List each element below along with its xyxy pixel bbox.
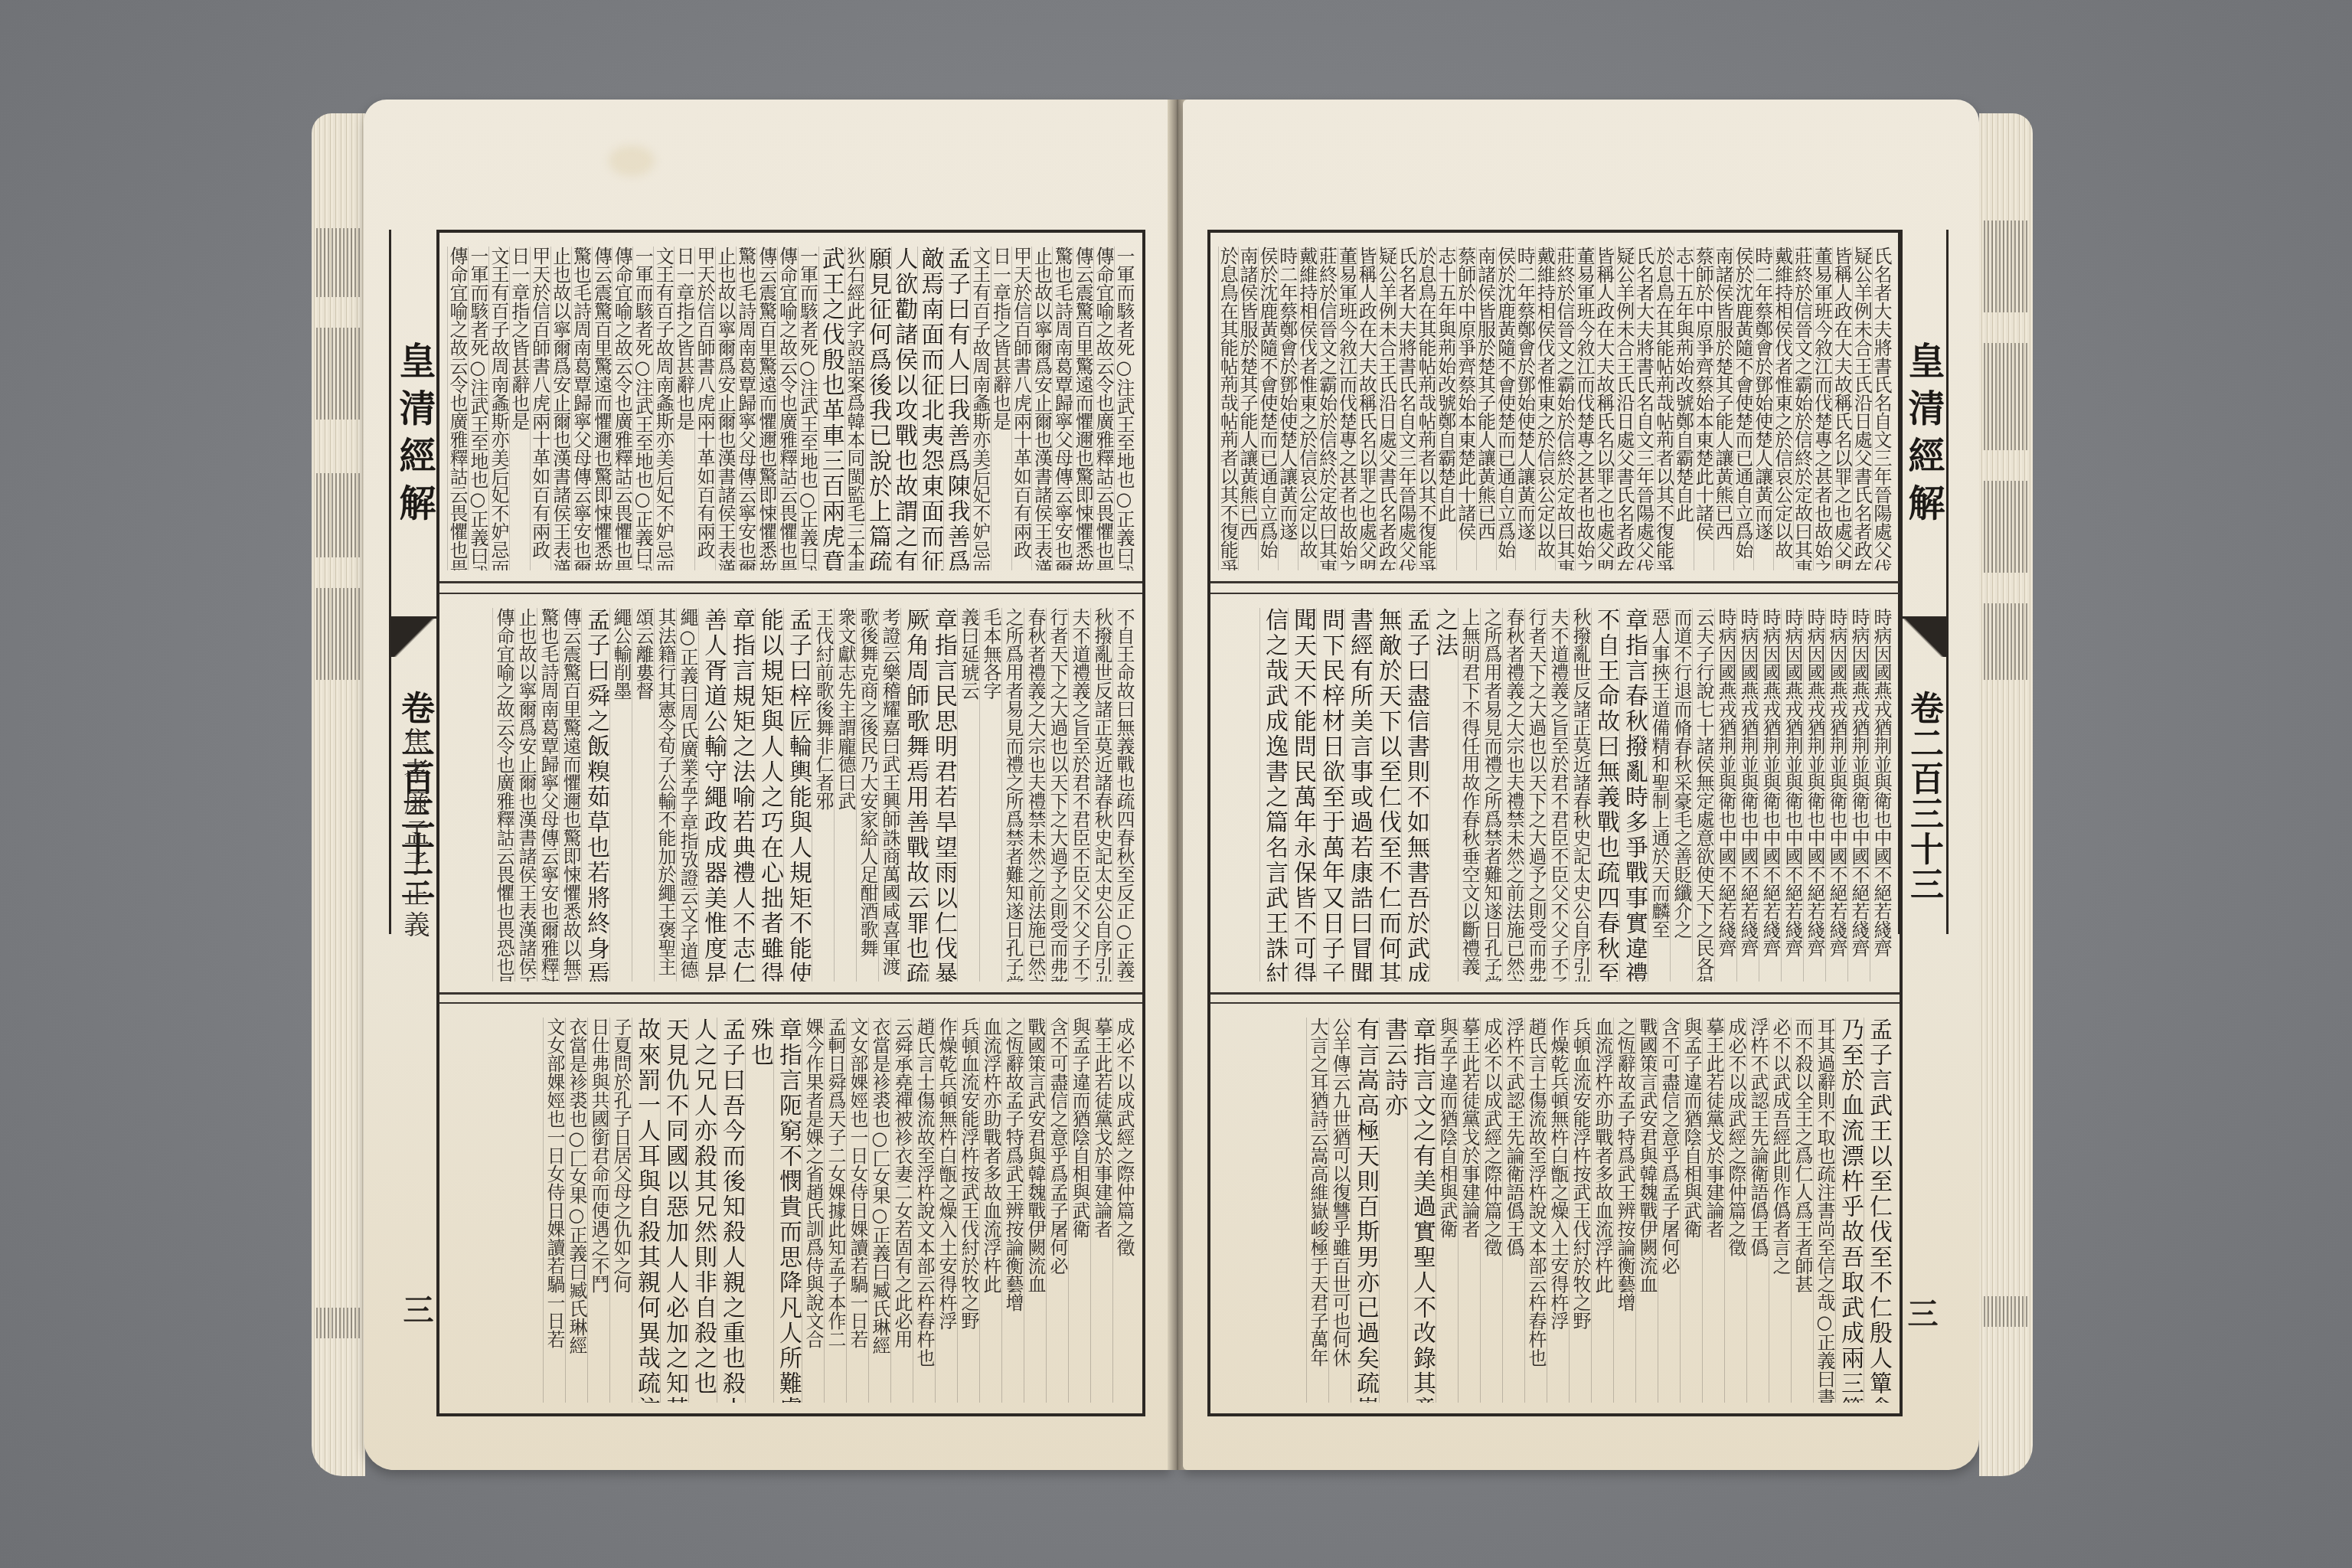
- text-column: 成必不以成武經之際仲篇之徵: [1112, 1018, 1135, 1403]
- main-text-column: 善人胥道公輸守繩政成器美惟度是應得其理也: [698, 608, 727, 982]
- text-band-top: 一軍而駭者死○注武王至地也○正義曰武王之言 傳命宜喻之故云令也廣雅釋詁云畏懼也畏…: [439, 233, 1142, 583]
- text-column: 時病因國燕戎猶荆並與衛也中國不絕若綫齊: [1870, 608, 1892, 982]
- text-column: 之恆辭故孟子特爲武王辨按論衡藝增: [1001, 1018, 1024, 1403]
- text-band-bottom: 成必不以成武經之際仲篇之徵 摹王此若徒黨戈於事建論者 與孟子違而猶陰自相與武衛 …: [439, 1002, 1142, 1413]
- text-column: 南諸侯皆服於楚其子能人讓黃熊已西: [1476, 247, 1496, 570]
- text-column: 夫不道禮義之旨至於君不君臣不臣父不父子不子此: [1068, 608, 1090, 982]
- text-column: 文女部婐娙也一日女侍日婐讀若騧一日若: [846, 1018, 868, 1403]
- column-group: 時病因國燕戎猶荆並與衛也中國不絕若綫齊 時病因國燕戎猶荆並與衛也中國不絕若綫齊 …: [1218, 608, 1892, 982]
- main-text-column: 書經有所美言事或過若康誥曰冒聞於上帝甫刑日帝: [1344, 608, 1373, 982]
- text-column: 一軍而駭者死○注武王至地也○正義曰武王之言: [632, 247, 653, 570]
- text-band-top: 氏名者大夫將書氏名自文三年晉陽處父伐楚救江始稱 疑公羊例未合王氏沿日處父書氏名者…: [1210, 233, 1900, 583]
- main-text-column: 能以規矩與人人之巧在心拙者雖得規矩不以成: [755, 608, 783, 982]
- column-group: 孟子言武王以至仁伐至不仁殷人簞食壺漿而迎 乃至於血流漂杵乎故吾取武成兩三簡策可用…: [1218, 1018, 1892, 1403]
- left-page: 皇清經解 卷二百三十三 焦孝廉孟子正義 三 一軍而駭者死○注武王至地也○正義曰武…: [364, 100, 1171, 1470]
- text-column: 春秋者禮義之大宗也夫禮禁未然之前法施已然之後: [1502, 608, 1524, 982]
- column-group: 不自王命故曰無義戰也疏四春秋至反正○正義曰哀公 秋撥亂世反諸正莫近諸春秋史記太史…: [447, 608, 1135, 982]
- text-column: 含不可盡信之意乎爲孟子屠何必: [1658, 1018, 1680, 1403]
- edge-ink-mark: [1984, 220, 2030, 312]
- text-column: 子夏問於孔子日居父母之仇如之何: [609, 1018, 632, 1403]
- main-text-column: 願見征何爲後我已說於上篇疏北夷○正義曰宋本孔本: [865, 247, 891, 570]
- edge-ink-mark: [316, 588, 362, 680]
- text-column: 而不殺以全王之爲仁人爲王者師甚: [1791, 1018, 1813, 1403]
- text-column: 傳命宜喻之故云令也廣雅釋詁云畏懼也畏恐也易震: [777, 247, 798, 570]
- text-column: 甲天於信百師書八虎兩十革如百有兩政: [530, 247, 550, 570]
- text-column: 摹王此若徒黨戈於事建論者: [1702, 1018, 1724, 1403]
- series-title: 皇清經解: [1900, 253, 1946, 620]
- text-column: 甲天於信百師書八虎兩十革如百有兩政: [1011, 247, 1032, 570]
- main-text-column: 孟子言武王以至仁伐至不仁殷人簞食壺漿而迎: [1864, 1018, 1892, 1403]
- text-column: 秋撥亂世反諸正莫近諸春秋史記太史公自序引此又: [1090, 608, 1112, 982]
- main-text-column: 章指言阨窮不憫貴而思降凡人所難虞舜所: [773, 1018, 802, 1403]
- text-column: 不自王命故曰無義戰也疏四春秋至反正○正義曰哀公: [1112, 608, 1135, 982]
- text-column: 衣當是袗裘也○匚女果○正義曰臧氏琳經: [565, 1018, 587, 1403]
- edge-ink-mark: [1984, 481, 2030, 573]
- text-column: 驚也毛詩周南葛覃歸寧父母傳云寧安也爾雅釋詁云寧: [571, 247, 592, 570]
- text-column: 血流浮杵亦助戰者多故血流浮杵此: [1591, 1018, 1613, 1403]
- main-text-column: 孟子曰舜之飯糗茹草也若將終身焉及其爲天子也: [581, 608, 609, 982]
- text-column: 趙氏言士傷流故至浮杵說文本部云杵舂杵也: [1524, 1018, 1547, 1403]
- text-column: 作燥乾兵頓無杵白甑之燥入土安得杵浮: [1547, 1018, 1569, 1403]
- main-text-column: 敵焉南面而征北夷怨東面而征西夷怨曰奚爲後我注此: [917, 247, 943, 570]
- text-column: 頌云離婁督: [632, 608, 654, 982]
- main-text-column: 人之兄人亦殺其兄然則非自殺之也一間耳: [688, 1018, 717, 1403]
- paper-stain: [609, 145, 655, 176]
- text-column: 驚也毛詩周南葛覃歸寧父母傳云寧安也爾雅釋詁云寧: [537, 608, 559, 982]
- text-column: 時病因國燕戎猶荆並與衛也中國不絕若綫齊: [1781, 608, 1803, 982]
- text-band-bottom: 孟子言武王以至仁伐至不仁殷人簞食壺漿而迎 乃至於血流漂杵乎故吾取武成兩三簡策可用…: [1210, 1002, 1900, 1413]
- text-column: 侯於沈鹿黃隨不會使楚而已通自立爲始: [1733, 247, 1753, 570]
- open-book: 皇清經解 卷二百三十三 焦孝廉孟子正義 三 一軍而駭者死○注武王至地也○正義曰武…: [310, 100, 2040, 1478]
- text-column: 時病因國燕戎猶荆並與衛也中國不絕若綫齊: [1759, 608, 1781, 982]
- text-column: 浮杵不武認王先論衛語僞王僞: [1746, 1018, 1769, 1403]
- text-column: 蔡師於中原爭齊蔡始本東楚此十諸侯: [1456, 247, 1476, 570]
- text-column: 傳命宜喻之故云令也廣雅釋詁云畏懼也畏恐也易震: [1093, 247, 1114, 570]
- main-text-column: 之法: [1429, 608, 1458, 982]
- text-column: 耳其過辭則不取也疏注書尚至信之哉○正義曰書者文: [1813, 1018, 1835, 1403]
- text-column: 皆稱人政在大夫故稱氏名以罪之也處父盟晉侯改蒐於: [1357, 247, 1377, 570]
- text-column: 作燥乾兵頓無杵白甑之燥入土安得杵浮: [935, 1018, 957, 1403]
- main-text-column: 章指言規矩之法喻若典禮人不志仁雖誦憲籍不: [727, 608, 755, 982]
- text-column: 行者天下之大過也以天下之大過予之則受而弗敢辭: [1046, 608, 1068, 982]
- text-column: 傳命宜喻之故云令也廣雅釋詁云畏懼也畏恐也易震: [447, 247, 468, 570]
- text-column: 與孟子違而猶陰自相與武衛: [1068, 1018, 1090, 1403]
- main-text-column: 書云詩亦: [1379, 1018, 1407, 1403]
- column-group: 氏名者大夫將書氏名自文三年晉陽處父伐楚救江始稱 疑公羊例未合王氏沿日處父書氏名者…: [1218, 247, 1892, 570]
- text-column: 南諸侯皆服於楚其子能人讓黃熊已西: [1713, 247, 1733, 570]
- main-text-column: 孟子曰有人曰我善爲陳我善爲戰大罪也國君好仁天下無: [943, 247, 969, 570]
- text-column: 日一章指之皆甚辭也是: [509, 247, 530, 570]
- text-column: 時二年蔡鄭會於鄧始使楚人讓黃而遂: [1515, 247, 1535, 570]
- main-text-column: 章指言春秋撥亂時多爭戰事實違禮以文反正征伐誅: [1619, 608, 1648, 982]
- text-column: 莊終於信晉文之霸始於信終於定故曰其事則齊桓晉文: [1793, 247, 1813, 570]
- text-column: 血流浮杵亦助戰者多故血流浮杵此: [979, 1018, 1001, 1403]
- main-text-column: 信之哉武成逸書之篇名言武王誅紂戰鬬殺人血流春: [1259, 608, 1288, 982]
- text-column: 蔡師於中原爭齊蔡始本東楚此十諸侯: [1694, 247, 1713, 570]
- text-column: 莊終於信晉文之霸始於信終於定故曰其事則齊桓晉文: [1555, 247, 1575, 570]
- text-column: 趙氏言士傷流故至浮杵說文本部云杵舂杵也: [913, 1018, 935, 1403]
- main-text-column: 殊也: [745, 1018, 773, 1403]
- text-column: 繩公輸削墨: [609, 608, 632, 982]
- text-column: 春秋者禮義之大宗也夫禮禁未然之前法施已然之後: [1024, 608, 1046, 982]
- text-column: 日一章指之皆甚辭也是: [991, 247, 1011, 570]
- text-column: 疑公羊例未合王氏沿日處父書氏名者政在諸侯則大夫: [1615, 247, 1635, 570]
- text-column: 於息鳥在其能帖荊哉帖荊者以其不復能爭鄭也且齊桓之: [1655, 247, 1674, 570]
- text-column: 日一章指之皆甚辭也是: [674, 247, 694, 570]
- main-text-column: 章指言文之有美過實聖人不改錄其意也非獨: [1407, 1018, 1436, 1403]
- text-column: 甲天於信百師書八虎兩十革如百有兩政: [694, 247, 715, 570]
- text-column: 摹王此若徒黨戈於事建論者: [1458, 1018, 1480, 1403]
- text-column: 成必不以成武經之際仲篇之徵: [1724, 1018, 1746, 1403]
- main-text-column: 孟子曰吾今而後知殺人親之重也殺人之父人: [717, 1018, 745, 1403]
- text-column: 之所爲用者易見而禮之所爲禁者難知遂日孔子當一: [1480, 608, 1502, 982]
- text-column: 皆稱人政在大夫故稱氏名以罪之也處父盟晉侯改蒐於: [1595, 247, 1615, 570]
- column-group: 成必不以成武經之際仲篇之徵 摹王此若徒黨戈於事建論者 與孟子違而猶陰自相與武衛 …: [447, 1018, 1135, 1403]
- text-column: 戴維持相侯伐者惟東之於信哀公定以故: [1535, 247, 1555, 570]
- right-page: 皇清經解 卷二百三十三 三 氏名者大夫將書氏名自文三年晉陽處父伐楚救江始稱 疑公…: [1183, 100, 1979, 1470]
- text-column: 時二年蔡鄭會於鄧始使楚人讓黃而遂: [1278, 247, 1298, 570]
- main-text-column: 孟子曰梓匠輪輿能與人規矩不能使人巧注梓匠輪: [783, 608, 812, 982]
- main-text-column: 乃至於血流漂杵乎故吾取武成兩三簡策可用者: [1835, 1018, 1864, 1403]
- text-column: 義曰延琥云: [957, 608, 979, 982]
- text-frame: 一軍而駭者死○注武王至地也○正義曰武王之言 傳命宜喻之故云令也廣雅釋詁云畏懼也畏…: [436, 230, 1145, 1416]
- text-column: 秋撥亂世反諸正莫近諸春秋史記太史公自序引此又: [1569, 608, 1591, 982]
- text-column: 歌後舞克商之後民乃大安家給人足酣酒歌舞: [856, 608, 878, 982]
- volume-label: 卷二百三十三: [1900, 658, 1946, 934]
- text-frame: 氏名者大夫將書氏名自文三年晉陽處父伐楚救江始稱 疑公羊例未合王氏沿日處父書氏名者…: [1207, 230, 1903, 1416]
- text-column: 夫不道禮義之旨至於君不君臣不臣父不父子不子此: [1547, 608, 1569, 982]
- text-column: 南諸侯皆服於楚其子能人讓黃熊已西: [1238, 247, 1258, 570]
- text-column: 衆文獻志先主謂龐德曰武: [834, 608, 856, 982]
- main-text-column: 聞天天不能問民萬年永保皆不可得爲書豈可案文而: [1288, 608, 1316, 982]
- text-column: 驚也毛詩周南葛覃歸寧父母傳云寧安也爾雅釋詁云寧: [736, 247, 756, 570]
- page-number: 三: [1899, 1298, 1942, 1328]
- text-column: 戰國策言武安君與韓魏戰伊闕流血: [1024, 1018, 1046, 1403]
- text-column: 於息鳥在其能帖荊哉帖荊者以其不復能爭鄭也且齊桓之: [1416, 247, 1436, 570]
- main-text-column: 章指言民思明君若旱望雨以仁伐暴誰不欣喜是: [929, 608, 957, 982]
- text-column: 於息鳥在其能帖荊哉帖荊者以其不復能爭鄭也且齊桓之: [1218, 247, 1238, 570]
- fishtail-mark: [1900, 616, 1946, 657]
- text-column: 成必不以成武經之際仲篇之徵: [1480, 1018, 1502, 1403]
- text-column: 疑公羊例未合王氏沿日處父書氏名者政在諸侯則大夫: [1852, 247, 1872, 570]
- text-column: 衣當是袗裘也○匚女果○正義曰臧氏琳經: [868, 1018, 890, 1403]
- text-column: 驚也毛詩周南葛覃歸寧父母傳云寧安也爾雅釋詁云寧: [1052, 247, 1073, 570]
- text-column: 一軍而駭者死○注武王至地也○正義曰武王之言: [468, 247, 488, 570]
- text-column: 止也故以寧爾爲安止爾也漢書諸侯王表漢諸侯王厥角: [1031, 247, 1052, 570]
- series-title: 皇清經解: [391, 253, 437, 620]
- text-column: 止也故以寧爾爲安止爾也漢書諸侯王表漢諸侯王厥角: [715, 247, 736, 570]
- text-column: 戴維持相侯伐者惟東之於信哀公定以故: [1298, 247, 1318, 570]
- edge-ink-mark: [316, 228, 362, 297]
- text-column: 其法籍行其憲令荀子公輸不能加於繩王褒聖主: [654, 608, 676, 982]
- text-column: 之恆辭故孟子特爲武王辨按論衡藝增: [1613, 1018, 1635, 1403]
- text-column: 兵頓血流安能浮杵按武王伐紂於牧之野: [1569, 1018, 1591, 1403]
- text-column: 傳云震驚百里驚遠而懼邇也驚即悚懼悉故以無長爲無: [1073, 247, 1093, 570]
- text-column: 皆稱人政在大夫故稱氏名以罪之也處父盟晉侯改蒐於: [1832, 247, 1852, 570]
- main-text-column: 問下民梓材日欲至于萬年又日子子孫孫永保民人不: [1316, 608, 1344, 982]
- main-text-column: 無敵於天下以至仁伐至不仁而何其血之流杵也注書: [1373, 608, 1401, 982]
- text-column: 一軍而駭者死○注武王至地也○正義曰武王之言: [1114, 247, 1135, 570]
- text-column: 文女部婐娙也一日女侍日婐讀若騧一日若: [543, 1018, 565, 1403]
- text-column: 惡人事挾王道備精和聖制上通於天而麟至: [1648, 608, 1670, 982]
- text-column: 上無明君下不得任用故作春秋垂空文以斷禮義: [1458, 608, 1480, 982]
- text-column: 時病因國燕戎猶荆並與衛也中國不絕若綫齊: [1714, 608, 1736, 982]
- text-column: 與孟子違而猶陰自相與武衛: [1436, 1018, 1458, 1403]
- text-column: 氏名者大夫將書氏名自文三年晉陽處父伐楚救江始稱: [1872, 247, 1892, 570]
- text-column: 時病因國燕戎猶荆並與衛也中國不絕若綫齊: [1825, 608, 1847, 982]
- main-text-column: 孟子曰盡信書則不如無書吾於武成取二三策而已矣仁人: [1401, 608, 1429, 982]
- text-column: 兵頓血流安能浮杵按武王伐紂於牧之野: [957, 1018, 979, 1403]
- edge-ink-mark: [1984, 1296, 2030, 1327]
- text-column: 氏名者大夫將書氏名自文三年晉陽處父伐楚救江始稱: [1396, 247, 1416, 570]
- text-column: 而道不行退而脩春秋采豪毛之善貶纖介之: [1670, 608, 1692, 982]
- edge-ink-mark: [316, 473, 362, 557]
- edge-ink-mark: [1984, 603, 2030, 680]
- text-column: 侯於沈鹿黃隨不會使楚而已通自立爲始: [1496, 247, 1516, 570]
- text-column: 志十五年與荊始改號鄭自霸楚自此: [1436, 247, 1456, 570]
- text-column: 考證云樂稽耀嘉曰武王興師誅商萬國咸喜軍渡: [878, 608, 900, 982]
- edge-ink-mark: [1984, 343, 2030, 450]
- text-column: 時病因國燕戎猶荆並與衛也中國不絕若綫齊: [1803, 608, 1825, 982]
- text-column: 云夫子行說七十諸侯無定處意欲使天下之民各得其所: [1692, 608, 1714, 982]
- main-text-column: 人欲勸諸侯以攻戰也故謂之有罪好仁無敵四夷怨望遲: [891, 247, 917, 570]
- text-column: 傳命宜喻之故云令也廣雅釋詁云畏懼也畏恐也易震: [612, 247, 632, 570]
- text-column: 文王有百子故周南螽斯亦美后妃不妒忌而: [653, 247, 674, 570]
- text-column: 董易軍班今敘江而伐楚專之甚者也故始之也陳君舉亦: [1813, 247, 1833, 570]
- text-column: 狄石經此字設語案爲韓本同閩監毛三本夷作: [844, 247, 865, 570]
- work-label: 焦孝廉孟子正義: [396, 727, 433, 942]
- text-column: 董易軍班今敘江而伐楚專之甚者也故始之也陳君舉亦: [1338, 247, 1357, 570]
- main-text-column: 故來罰一人耳與自殺其親何異哉疏注父仇不: [632, 1018, 660, 1403]
- text-column: 疑公羊例未合王氏沿日處父書氏名者政在諸侯則大夫: [1377, 247, 1396, 570]
- text-column: 志十五年與荊始改號鄭自霸楚自此: [1674, 247, 1694, 570]
- text-column: 傳命宜喻之故云令也廣雅釋詁云畏懼也畏恐也易震: [492, 608, 514, 982]
- text-column: 侯於沈鹿黃隨不會使楚而已通自立爲始: [1258, 247, 1278, 570]
- right-fore-edge: [1979, 113, 2033, 1476]
- text-column: 文王有百子故周南螽斯亦美后妃不妒忌而: [488, 247, 509, 570]
- text-column: 戰國策言武安君與韓魏戰伊闕流血: [1635, 1018, 1658, 1403]
- left-fore-edge: [312, 113, 365, 1476]
- text-column: 與孟子違而猶陰自相與武衛: [1680, 1018, 1702, 1403]
- text-column: 文王有百子故周南螽斯亦美后妃不妒忌而: [970, 247, 991, 570]
- text-column: 大言之耳猶詩云嵩高維嶽峻極于天君子萬年: [1306, 1018, 1328, 1403]
- text-column: 摹王此若徒黨戈於事建論者: [1090, 1018, 1112, 1403]
- text-column: 必不以武成吾經此則作僞者言之: [1769, 1018, 1791, 1403]
- main-text-column: 厥角周師歌舞焉用善戰故云罪也疏周師歌舞○: [900, 608, 929, 982]
- banxin-header: 皇清經解 卷二百三十三: [1898, 230, 1949, 934]
- text-column: 一軍而駭者死○注武王至地也○正義曰武王之言: [798, 247, 818, 570]
- text-column: 董易軍班今敘江而伐楚專之甚者也故始之也陳君舉亦: [1575, 247, 1595, 570]
- text-column: 之所爲用者易見而禮之所爲禁者難知遂日孔子當一: [1001, 608, 1024, 982]
- text-column: 傳云震驚百里驚遠而懼邇也驚即悚懼悉故以無長爲無: [559, 608, 581, 982]
- text-column: 繩○正義曰周氏廣業孟子章指攷證云文子道德: [676, 608, 698, 982]
- main-text-column: 有言嵩高極天則百斯男亦已過矣疏嵩高極天: [1351, 1018, 1379, 1403]
- fishtail-mark: [391, 616, 437, 657]
- text-column: 孟軻日舜爲天子二女婐據此知孟子本作二: [824, 1018, 846, 1403]
- text-column: 含不可盡信之意乎爲孟子屠何必: [1046, 1018, 1068, 1403]
- main-text-column: 武王之伐殷也革車三百兩虎賁三: [818, 247, 844, 570]
- text-column: 時病因國燕戎猶荆並與衛也中國不絕若綫齊: [1736, 608, 1759, 982]
- text-band-middle: 不自王命故曰無義戰也疏四春秋至反正○正義曰哀公 秋撥亂世反諸正莫近諸春秋史記太史…: [439, 593, 1142, 995]
- text-column: 止也故以寧爾爲安止爾也漢書諸侯王表漢諸侯王厥角: [550, 247, 571, 570]
- text-column: 毛本無各字: [979, 608, 1001, 982]
- text-column: 王伐紂前歌後舞非仁者邪: [812, 608, 834, 982]
- text-column: 日仕弗與共國銜君命而使遇之不鬥: [587, 1018, 609, 1403]
- edge-ink-mark: [316, 328, 362, 420]
- edge-ink-mark: [316, 1308, 362, 1338]
- text-column: 公羊傳云九世猶可以復讐乎雖百世可也何休: [1328, 1018, 1351, 1403]
- main-text-column: 不自王命故曰無義戰也疏四春秋至反正○正義曰哀公: [1591, 608, 1619, 982]
- text-column: 時二年蔡鄭會於鄧始使楚人讓黃而遂: [1753, 247, 1773, 570]
- page-number: 三: [394, 1294, 438, 1325]
- text-column: 婐今作果者是婐之省趙氏訓爲侍與說文合: [802, 1018, 824, 1403]
- text-column: 氏名者大夫將書氏名自文三年晉陽處父伐楚救江始稱: [1635, 247, 1655, 570]
- text-column: 戴維持相侯伐者惟東之於信哀公定以故: [1773, 247, 1793, 570]
- column-group: 一軍而駭者死○注武王至地也○正義曰武王之言 傳命宜喻之故云令也廣雅釋詁云畏懼也畏…: [447, 247, 1135, 570]
- main-text-column: 天見仇不同國以惡加人人必加之知其重也: [660, 1018, 688, 1403]
- text-column: 浮杵不武認王先論衛語僞王僞: [1502, 1018, 1524, 1403]
- text-column: 止也故以寧爾爲安止爾也漢書諸侯王表漢諸侯王厥角: [514, 608, 537, 982]
- text-column: 傳云震驚百里驚遠而懼邇也驚即悚懼悉故以無長爲無: [592, 247, 612, 570]
- text-column: 時病因國燕戎猶荆並與衛也中國不絕若綫齊: [1847, 608, 1870, 982]
- text-column: 莊終於信晉文之霸始於信終於定故曰其事則齊桓晉文: [1318, 247, 1338, 570]
- text-column: 行者天下之大過也以天下之大過予之則受而弗敢辭: [1524, 608, 1547, 982]
- text-column: 傳云震驚百里驚遠而懼邇也驚即悚懼悉故以無長爲無: [756, 247, 777, 570]
- text-column: 云舜承堯禪被袗衣妻二女若固有之此必用: [890, 1018, 913, 1403]
- text-band-middle: 時病因國燕戎猶荆並與衛也中國不絕若綫齊 時病因國燕戎猶荆並與衛也中國不絕若綫齊 …: [1210, 593, 1900, 995]
